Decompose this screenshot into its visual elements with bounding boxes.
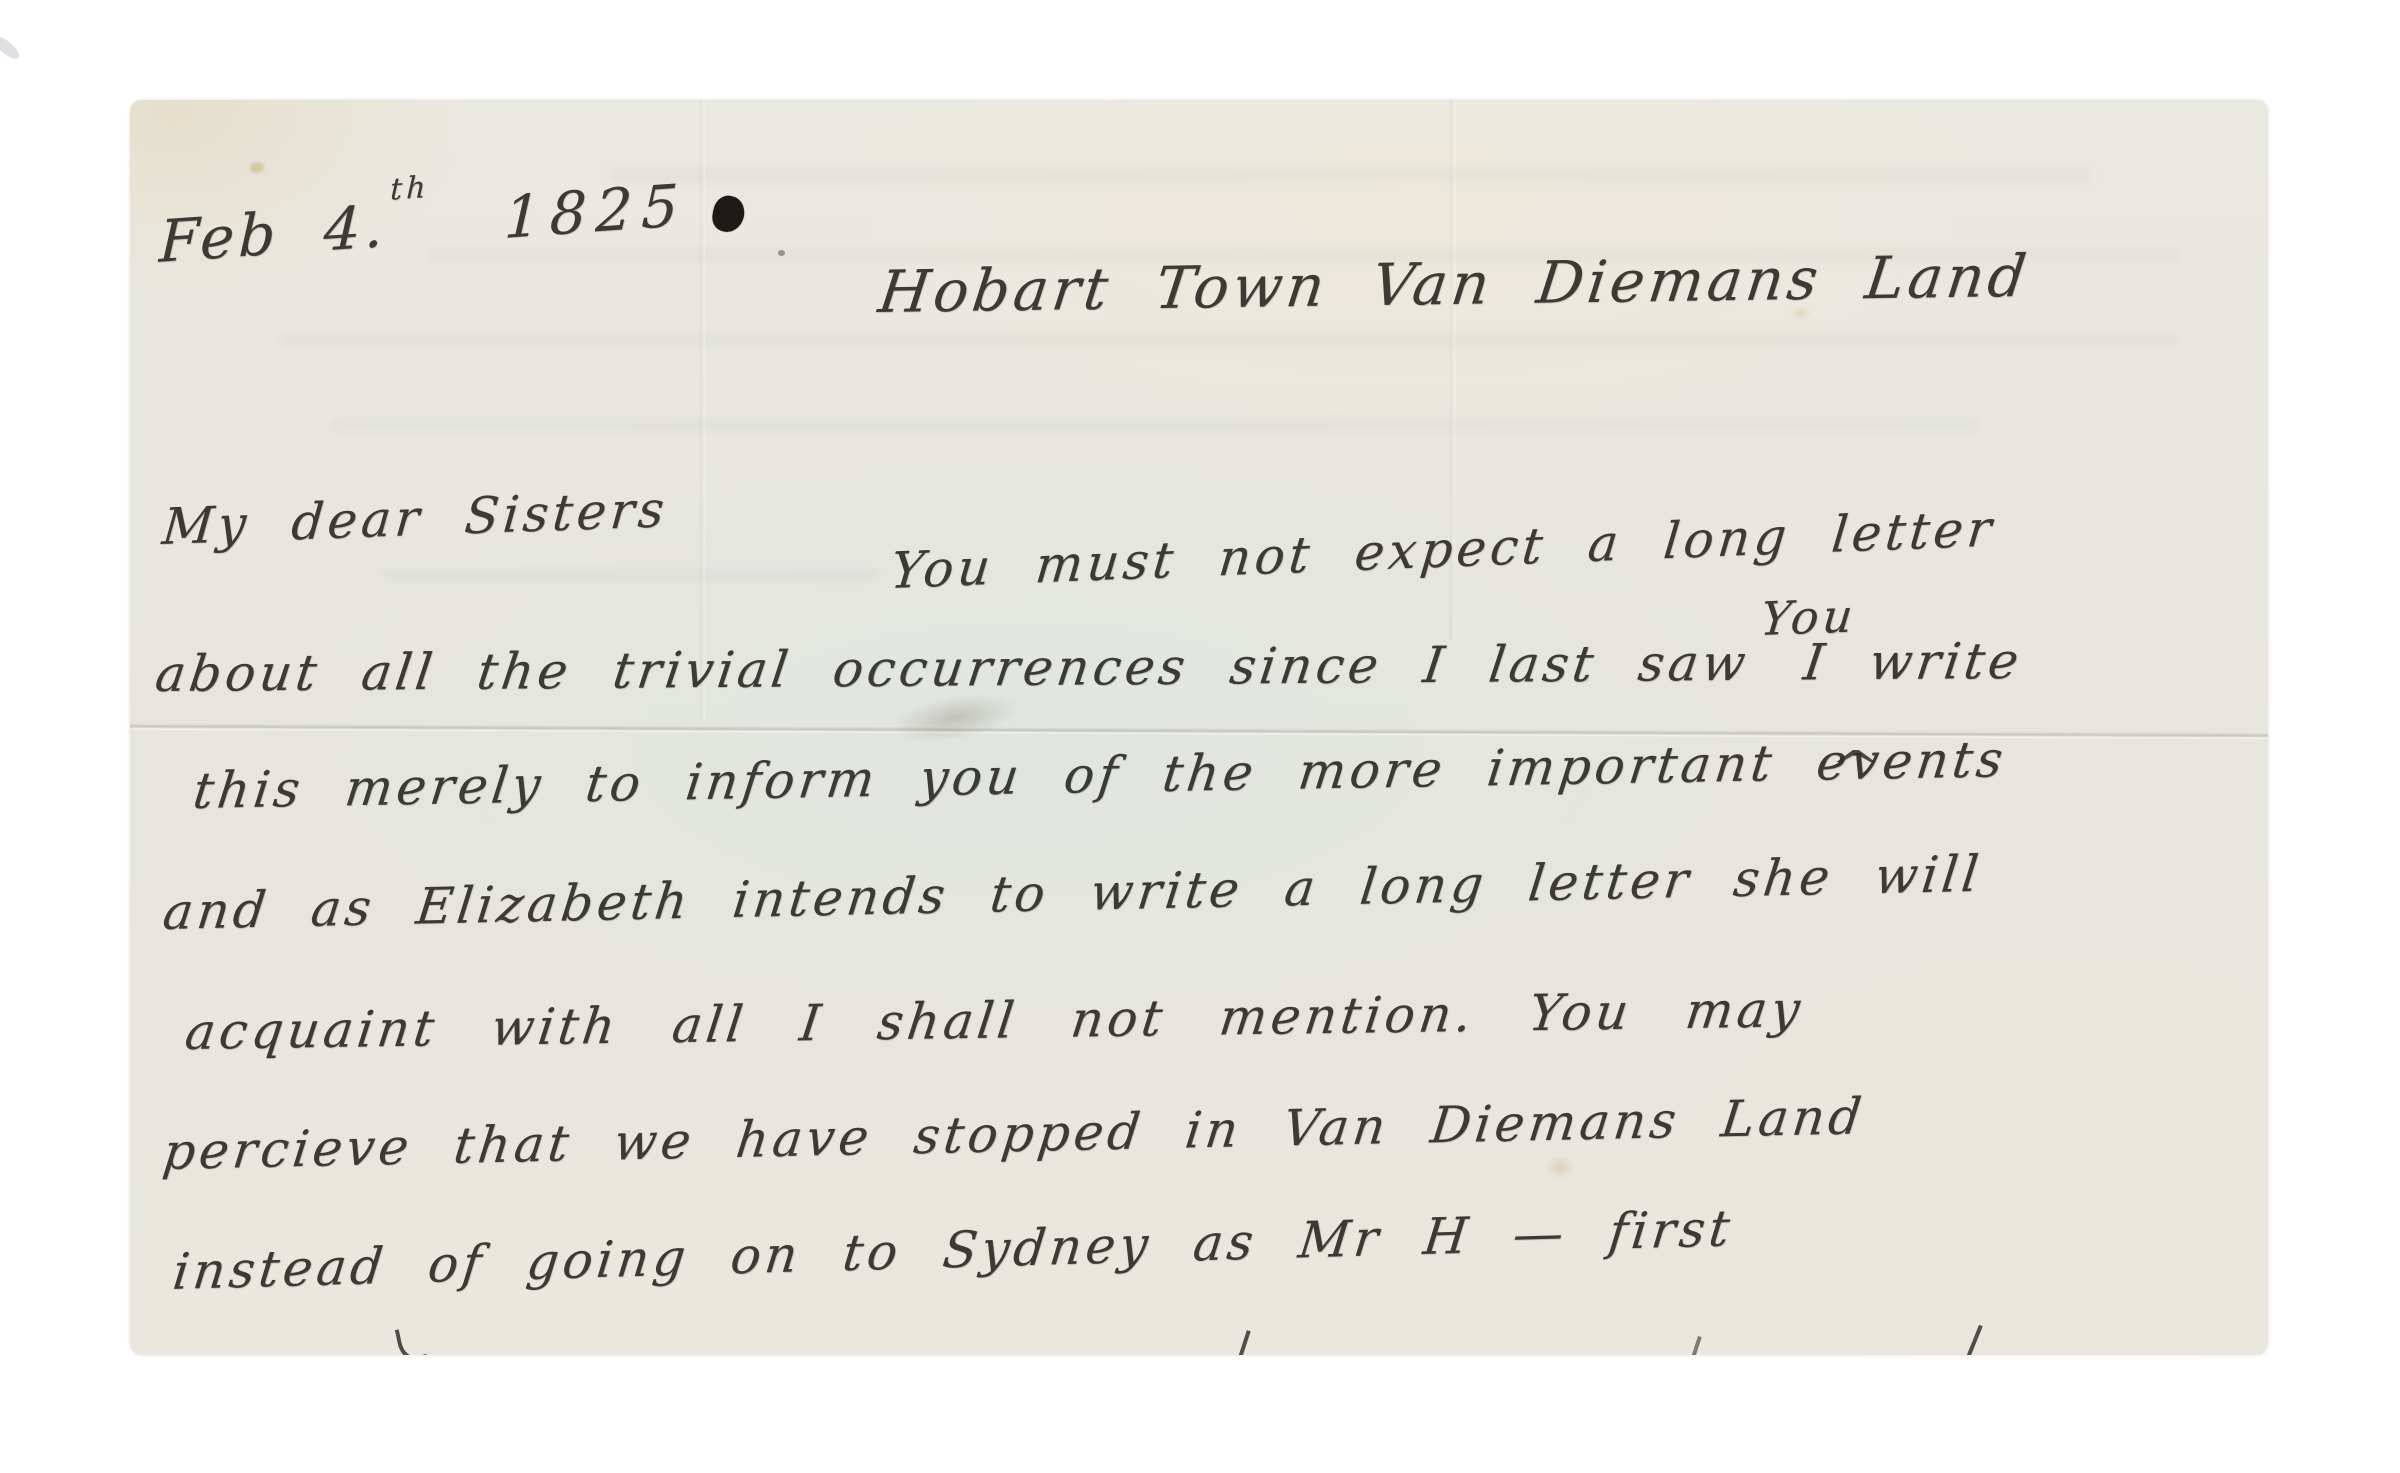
date-year: 1825: [503, 171, 689, 252]
date-day: Feb 4.: [158, 192, 388, 276]
verso-show-through: [610, 170, 2090, 180]
body-line-7: instead of going on to Sydney as Mr H — …: [170, 1199, 1736, 1301]
body-line-2-after: I write: [1800, 632, 2026, 692]
body-line-5: acquaint with all I shall not mention. Y…: [182, 980, 1807, 1061]
body-line-4: and as Elizabeth intends to write a long…: [160, 845, 1985, 941]
cutoff-pen-stroke: [1231, 1328, 1250, 1355]
body-line-2: about all the trivial occurrences since …: [152, 632, 2026, 703]
cutoff-pen-stroke: [1684, 1334, 1702, 1355]
ink-speck: [778, 250, 785, 256]
salutation: My dear Sisters: [160, 480, 670, 556]
ink-blot: [710, 193, 748, 235]
body-line-3: this merely to inform you of the more im…: [190, 730, 2010, 820]
paper-stain: [1545, 1155, 1575, 1179]
letter-date: Feb 4.th1825: [158, 171, 688, 276]
verso-show-through: [380, 570, 880, 580]
verso-show-through: [280, 335, 2180, 345]
body-line-6: percieve that we have stopped in Van Die…: [160, 1087, 1868, 1181]
body-line-1: You must not expect a long letter: [888, 499, 1998, 600]
body-line-2-before: about all the trivial occurrences since …: [152, 634, 1753, 703]
paper-stain: [250, 162, 264, 173]
vertical-fold-crease: [700, 100, 705, 720]
cutoff-pen-stroke: [1959, 1323, 1983, 1355]
verso-show-through: [330, 420, 1980, 430]
cutoff-pen-stroke: [395, 1325, 428, 1355]
scan-artifact-mark: [0, 34, 23, 62]
letter-paper: Feb 4.th1825 Hobart Town Van Diemans Lan…: [130, 100, 2268, 1355]
date-ordinal-superscript: th: [390, 169, 431, 207]
scan-background: Feb 4.th1825 Hobart Town Van Diemans Lan…: [0, 0, 2400, 1473]
